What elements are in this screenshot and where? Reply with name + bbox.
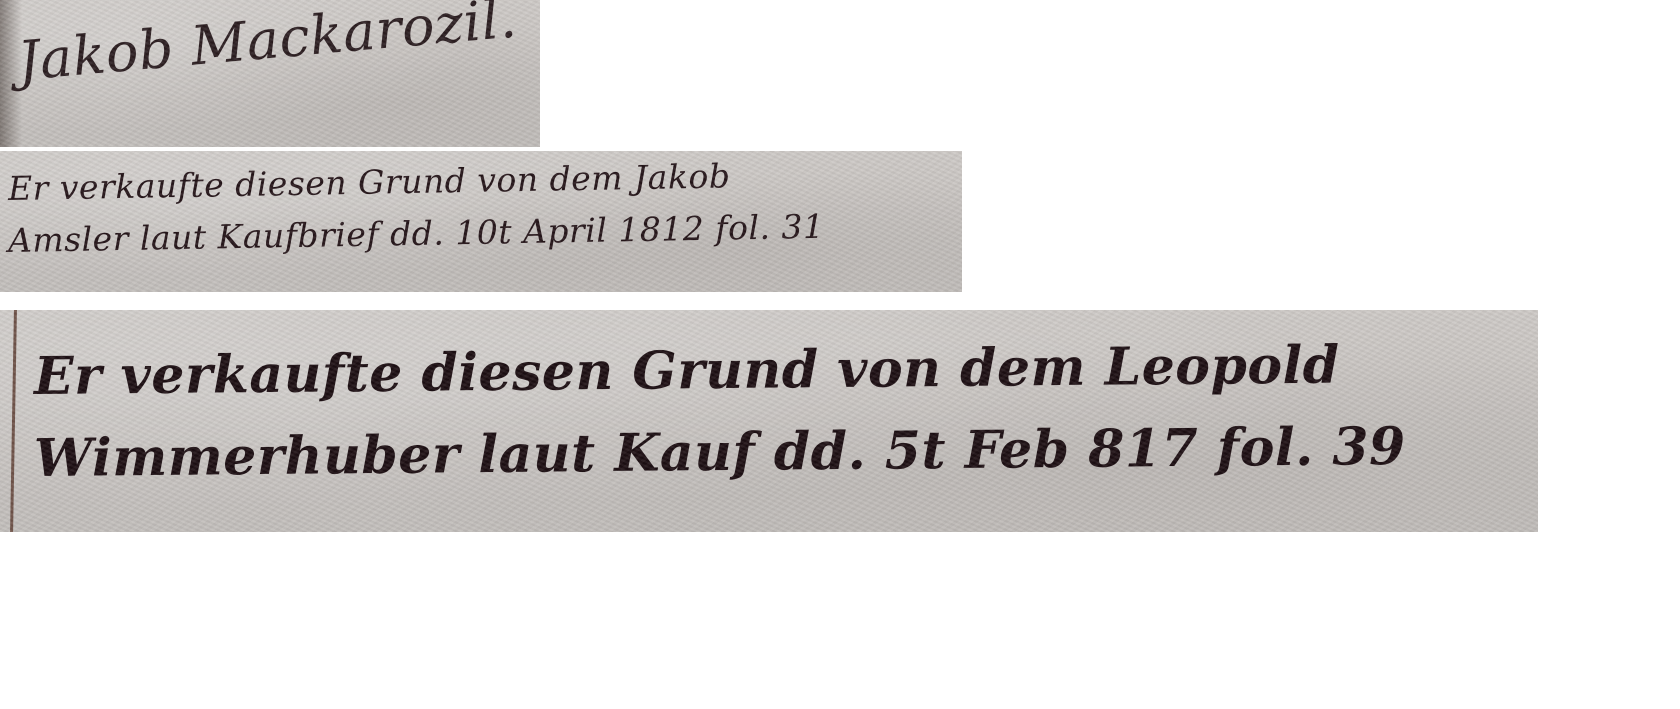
handwritten-line: Wimmerhuber laut Kauf dd. 5t Feb 817 fol…: [34, 416, 1406, 489]
margin-rule-line: [10, 310, 17, 532]
handwritten-name: Jakob Mackarozil.: [15, 0, 519, 93]
handwritten-line: Amsler laut Kaufbrief dd. 10t April 1812…: [8, 207, 825, 260]
handwritten-line-partial: …: [8, 268, 39, 292]
manuscript-strip-name: Jakob Mackarozil.: [0, 0, 540, 147]
handwritten-line: Er verkaufte diesen Grund von dem Leopol…: [34, 335, 1340, 407]
handwritten-line: Er verkaufte diesen Grund von dem Jakob: [8, 156, 731, 208]
manuscript-strip-entry-1: Er verkaufte diesen Grund von dem Jakob …: [0, 151, 962, 292]
manuscript-strip-entry-2: Er verkaufte diesen Grund von dem Leopol…: [0, 310, 1538, 532]
